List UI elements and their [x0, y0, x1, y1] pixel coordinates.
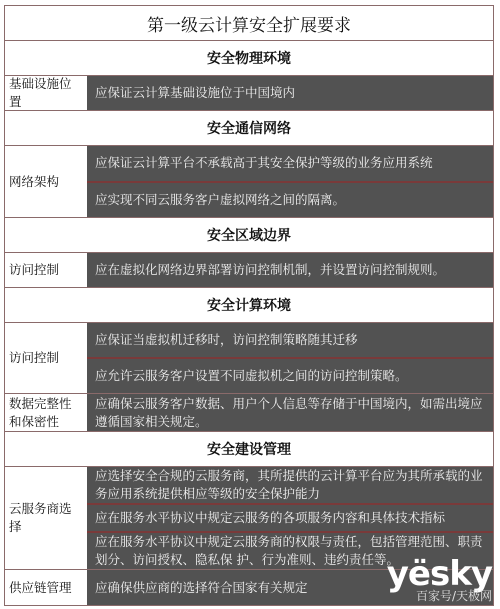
table-row: 访问控制 应在虚拟化网络边界部署访问控制机制，并设置访问控制规则。	[5, 253, 493, 288]
section-heading: 安全计算环境	[5, 288, 493, 323]
section-heading-text: 安全建设管理	[207, 439, 291, 459]
section-heading: 安全通信网络	[5, 111, 493, 146]
requirement-cell: 应保证当虚拟机迁移时，访问控制策略随其迁移	[87, 323, 493, 359]
section-heading: 安全建设管理	[5, 432, 493, 467]
row-label: 供应链管理	[5, 570, 87, 605]
requirement-cell: 应选择安全合规的云服务商，其所提供的云计算平台应为其所承载的业务应用系统提供相应…	[87, 467, 493, 505]
table-row: 数据完整性和保密性 应确保云服务客户数据、用户个人信息等存储于中国境内，如需出境…	[5, 394, 493, 432]
requirement-cell: 应在服务水平协议中规定云服务商的权限与责任，包括管理范围、职责划分、访问授权、隐…	[87, 533, 493, 569]
table-row: 网络架构 应保证云计算平台不承载高于其安全保护等级的业务应用系统 应实现不同云服…	[5, 146, 493, 218]
requirement-cells: 应保证云计算基础设施位于中国境内	[87, 76, 493, 110]
requirement-cell: 应实现不同云服务客户虚拟网络之间的隔离。	[87, 183, 493, 218]
requirement-cell: 应在服务水平协议中规定云服务的各项服务内容和具体技术指标	[87, 505, 493, 533]
row-label: 基础设施位置	[5, 76, 87, 110]
requirement-cells: 应确保云服务客户数据、用户个人信息等存储于中国境内，如需出境应遵循国家相关规定。	[87, 394, 493, 431]
requirement-cell: 应确保云服务客户数据、用户个人信息等存储于中国境内，如需出境应遵循国家相关规定。	[87, 394, 493, 431]
table-title: 第一级云计算安全扩展要求	[147, 11, 351, 36]
requirement-cell: 应在虚拟化网络边界部署访问控制机制，并设置访问控制规则。	[87, 253, 493, 287]
section-heading-text: 安全物理环境	[207, 48, 291, 68]
section-heading: 安全物理环境	[5, 41, 493, 76]
section-heading-text: 安全计算环境	[207, 295, 291, 315]
table-title-row: 第一级云计算安全扩展要求	[5, 6, 493, 41]
section-heading: 安全区域边界	[5, 218, 493, 253]
requirement-cells: 应确保供应商的选择符合国家有关规定	[87, 570, 493, 605]
requirements-table: 第一级云计算安全扩展要求 安全物理环境 基础设施位置 应保证云计算基础设施位于中…	[4, 5, 494, 606]
table-row: 访问控制 应保证当虚拟机迁移时，访问控制策略随其迁移 应允许云服务客户设置不同虚…	[5, 323, 493, 394]
section-heading-text: 安全通信网络	[207, 118, 291, 138]
section-heading-text: 安全区域边界	[207, 225, 291, 245]
table-row: 基础设施位置 应保证云计算基础设施位于中国境内	[5, 76, 493, 111]
row-label: 数据完整性和保密性	[5, 394, 87, 431]
requirement-cells: 应在虚拟化网络边界部署访问控制机制，并设置访问控制规则。	[87, 253, 493, 287]
row-label: 云服务商选择	[5, 467, 87, 569]
row-label: 网络架构	[5, 146, 87, 217]
row-label: 访问控制	[5, 323, 87, 393]
requirement-cells: 应选择安全合规的云服务商，其所提供的云计算平台应为其所承载的业务应用系统提供相应…	[87, 467, 493, 569]
requirement-cell: 应保证云计算平台不承载高于其安全保护等级的业务应用系统	[87, 146, 493, 183]
requirement-cells: 应保证云计算平台不承载高于其安全保护等级的业务应用系统 应实现不同云服务客户虚拟…	[87, 146, 493, 217]
table-row: 供应链管理 应确保供应商的选择符合国家有关规定	[5, 570, 493, 605]
row-label: 访问控制	[5, 253, 87, 287]
table-row: 云服务商选择 应选择安全合规的云服务商，其所提供的云计算平台应为其所承载的业务应…	[5, 467, 493, 570]
requirement-cell: 应允许云服务客户设置不同虚拟机之间的访问控制策略。	[87, 359, 493, 393]
requirement-cell: 应保证云计算基础设施位于中国境内	[87, 76, 493, 110]
requirement-cell: 应确保供应商的选择符合国家有关规定	[87, 570, 493, 605]
requirement-cells: 应保证当虚拟机迁移时，访问控制策略随其迁移 应允许云服务客户设置不同虚拟机之间的…	[87, 323, 493, 393]
